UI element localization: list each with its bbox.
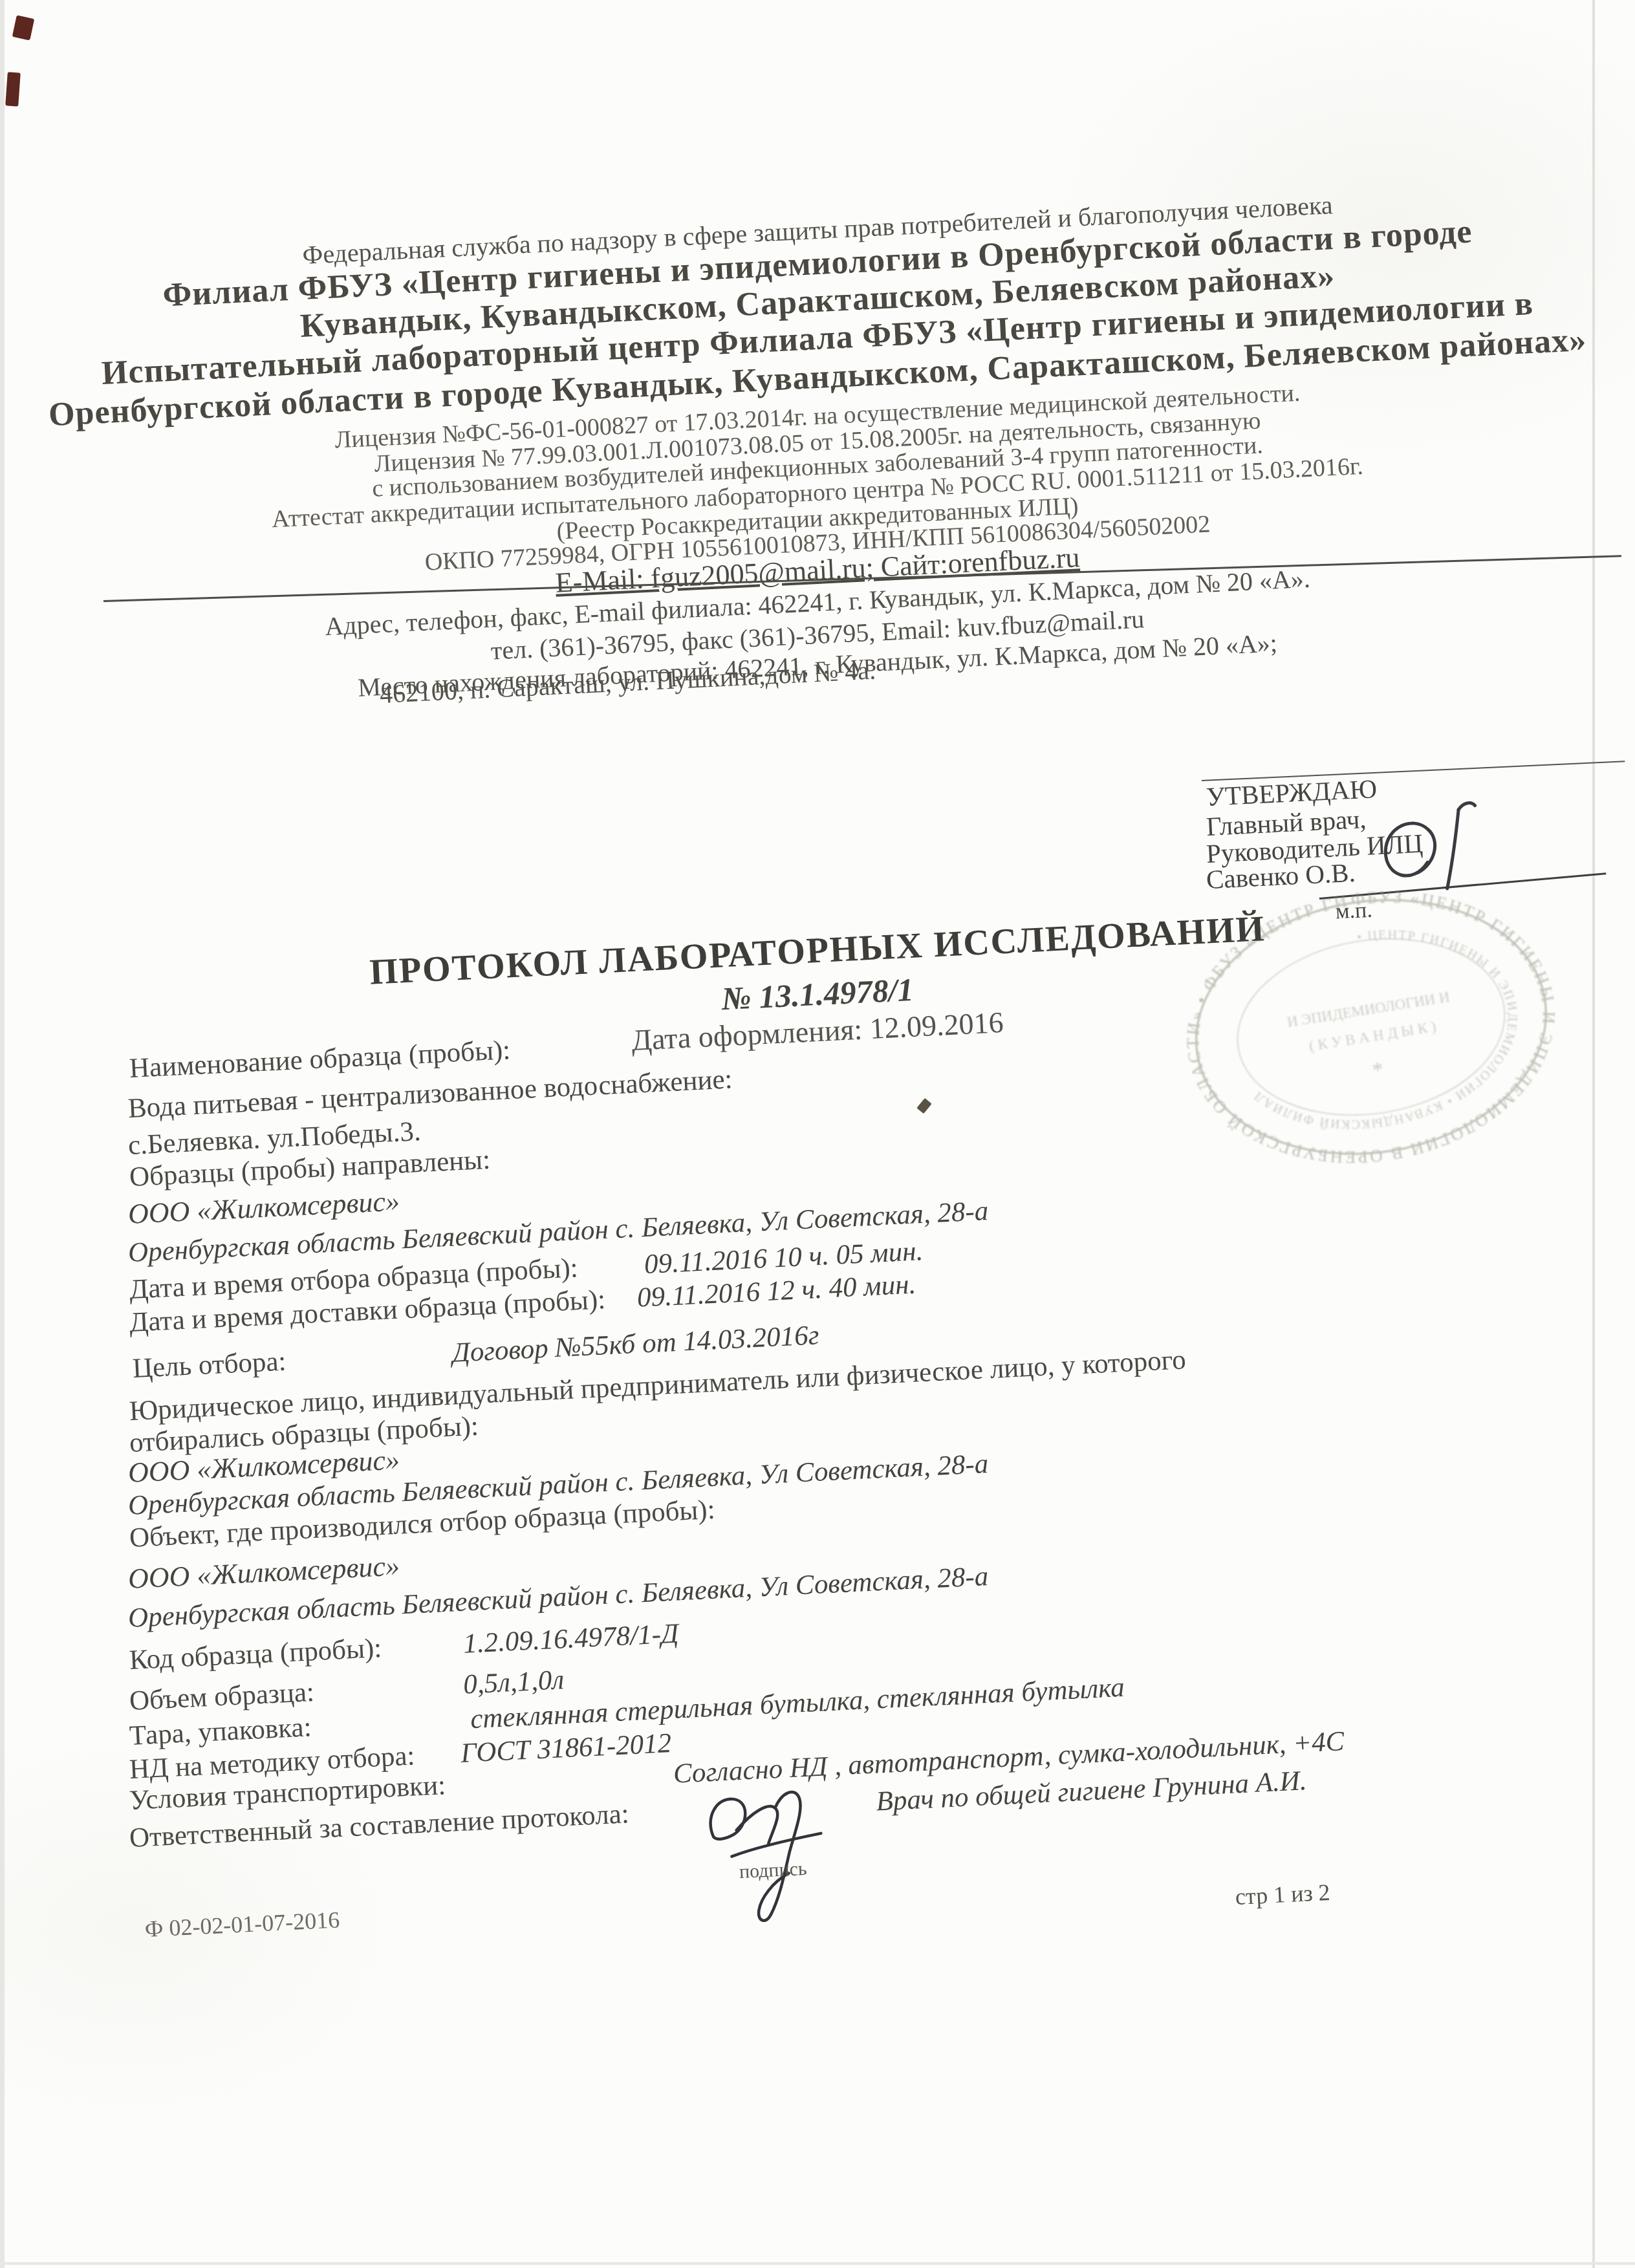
field-sample-volume: Объем образца: 0,5л,1,0л xyxy=(129,1676,315,1717)
field-sampling-purpose-label: Цель отбора: xyxy=(132,1346,287,1384)
field-sender-org: ООО «Жилкомсервис» xyxy=(127,1185,400,1231)
footer-page-number: стр 1 из 2 xyxy=(1235,1879,1331,1910)
field-sample-volume-label: Объем образца: xyxy=(129,1677,315,1716)
responsible-signature xyxy=(690,1762,915,1938)
field-sample-code-value: 1.2.09.16.4978/1-Д xyxy=(462,1618,679,1660)
field-packaging-value: стеклянная стерильная бутылка, стеклянна… xyxy=(470,1672,1125,1735)
paper-speck xyxy=(916,1098,932,1114)
field-object-org: ООО «Жилкомсервис» xyxy=(127,1550,400,1595)
field-sample-volume-value: 0,5л,1,0л xyxy=(462,1664,565,1701)
field-sampling-purpose: Цель отбора: Договор №55кб от 14.03.2016… xyxy=(132,1345,287,1385)
document-content: Федеральная служба по надзору в сфере за… xyxy=(0,0,1635,2268)
stamp-center-asterisk: * xyxy=(1370,1057,1385,1083)
field-sample-code: Код образца (пробы): 1.2.09.16.4978/1-Д xyxy=(129,1632,383,1676)
field-packaging-label: Тара, упаковка: xyxy=(129,1712,312,1751)
footer-form-code: Ф 02-02-01-07-2016 xyxy=(144,1906,340,1943)
scanned-protocol-page: Федеральная служба по надзору в сфере за… xyxy=(0,0,1635,2268)
field-sampling-purpose-value: Договор №55кб от 14.03.2016г xyxy=(451,1319,819,1369)
field-sample-code-label: Код образца (пробы): xyxy=(129,1633,382,1676)
signature-caption: подпись xyxy=(739,1858,807,1883)
